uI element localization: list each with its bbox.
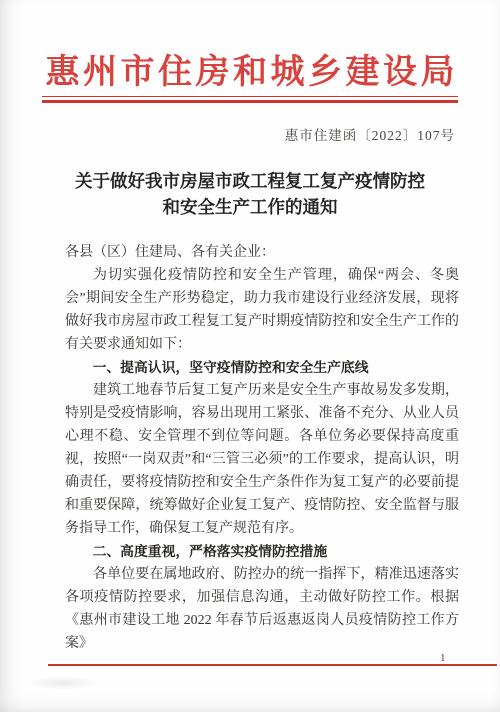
paragraph: 为切实强化疫情防控和安全生产管理，确保“两会、冬奥会”期间安全生产形势稳定，助力… xyxy=(65,264,459,356)
section-heading-1: 一、提高认识，坚守疫情防控和安全生产底线 xyxy=(65,356,459,379)
document-number: 惠市住建函〔2022〕107号 xyxy=(285,124,455,144)
scan-artifact xyxy=(28,676,98,690)
scanned-document-page: 惠州市住房和城乡建设局 惠市住建函〔2022〕107号 关于做好我市房屋市政工程… xyxy=(0,0,500,712)
section-heading-2: 二、高度重视，严格落实疫情防控措施 xyxy=(65,540,459,563)
letterhead-org-name: 惠州市住房和城乡建设局 xyxy=(0,44,500,93)
salutation: 各县（区）住建局、各有关企业： xyxy=(65,241,459,264)
document-title: 关于做好我市房屋市政工程复工复产疫情防控 和安全生产工作的通知 xyxy=(0,168,500,220)
header-separator-line xyxy=(42,96,458,103)
paragraph: 建筑工地春节后复工复产历来是安全生产事故易发多发期，特别是受疫情影响，容易出现用… xyxy=(65,379,459,540)
footer-separator-line xyxy=(48,664,497,666)
page-number: 1 xyxy=(440,652,446,664)
document-title-line1: 关于做好我市房屋市政工程复工复产疫情防控 xyxy=(0,168,500,194)
document-title-line2: 和安全生产工作的通知 xyxy=(0,194,500,220)
document-body: 各县（区）住建局、各有关企业： 为切实强化疫情防控和安全生产管理，确保“两会、冬… xyxy=(65,241,459,655)
paragraph: 各单位要在属地政府、防控办的统一指挥下，精准迅速落实各项疫情防控要求，加强信息沟… xyxy=(65,563,459,655)
